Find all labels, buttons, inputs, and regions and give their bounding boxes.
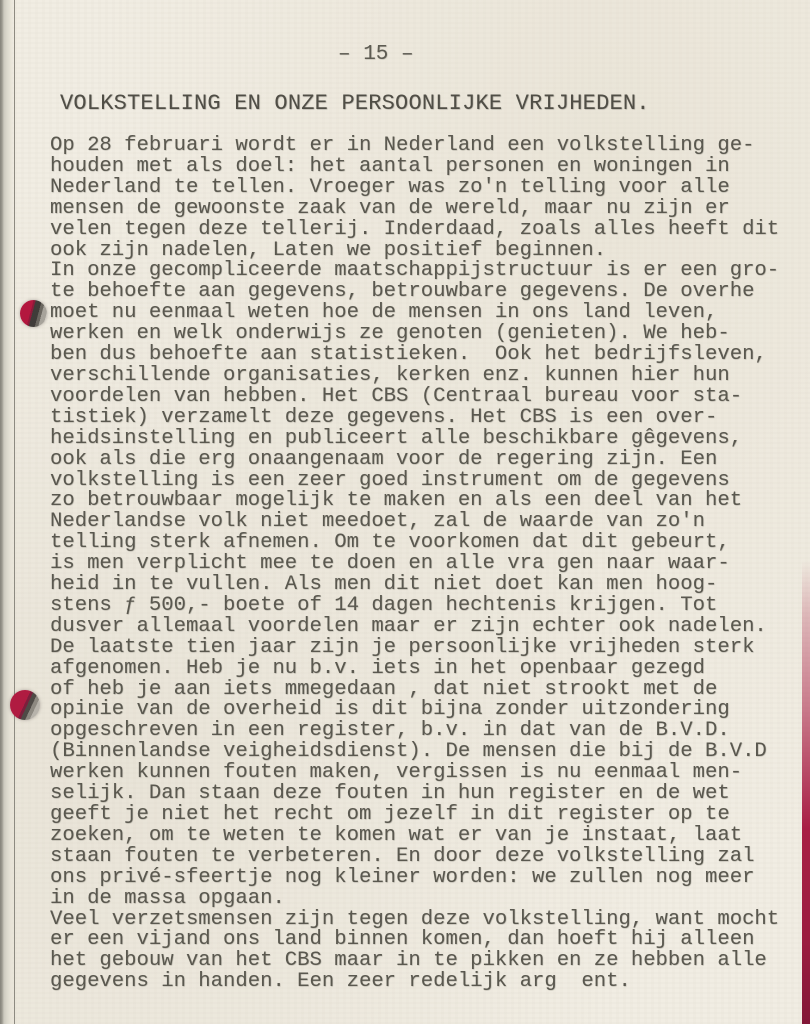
typewritten-paragraph-2: In onze gecompliceerde maatschappijstruc… — [50, 261, 790, 909]
page-left-edge — [0, 0, 15, 1024]
binder-hole-punch-bottom — [10, 690, 40, 720]
binder-hole-punch-top — [20, 300, 47, 327]
document-title: VOLKSTELLING EN ONZE PERSOONLIJKE VRIJHE… — [60, 92, 810, 115]
scanned-document-page: – 15 – VOLKSTELLING EN ONZE PERSOONLIJKE… — [0, 0, 810, 1024]
typewritten-paragraph-1: Op 28 februari wordt er in Nederland een… — [50, 136, 790, 261]
binding-red-stripe — [802, 560, 810, 1024]
document-body: Op 28 februari wordt er in Nederland een… — [50, 136, 790, 993]
typewritten-paragraph-3: Veel verzetsmensen zijn tegen deze volks… — [50, 910, 790, 994]
page-number: – 15 – — [338, 44, 810, 65]
